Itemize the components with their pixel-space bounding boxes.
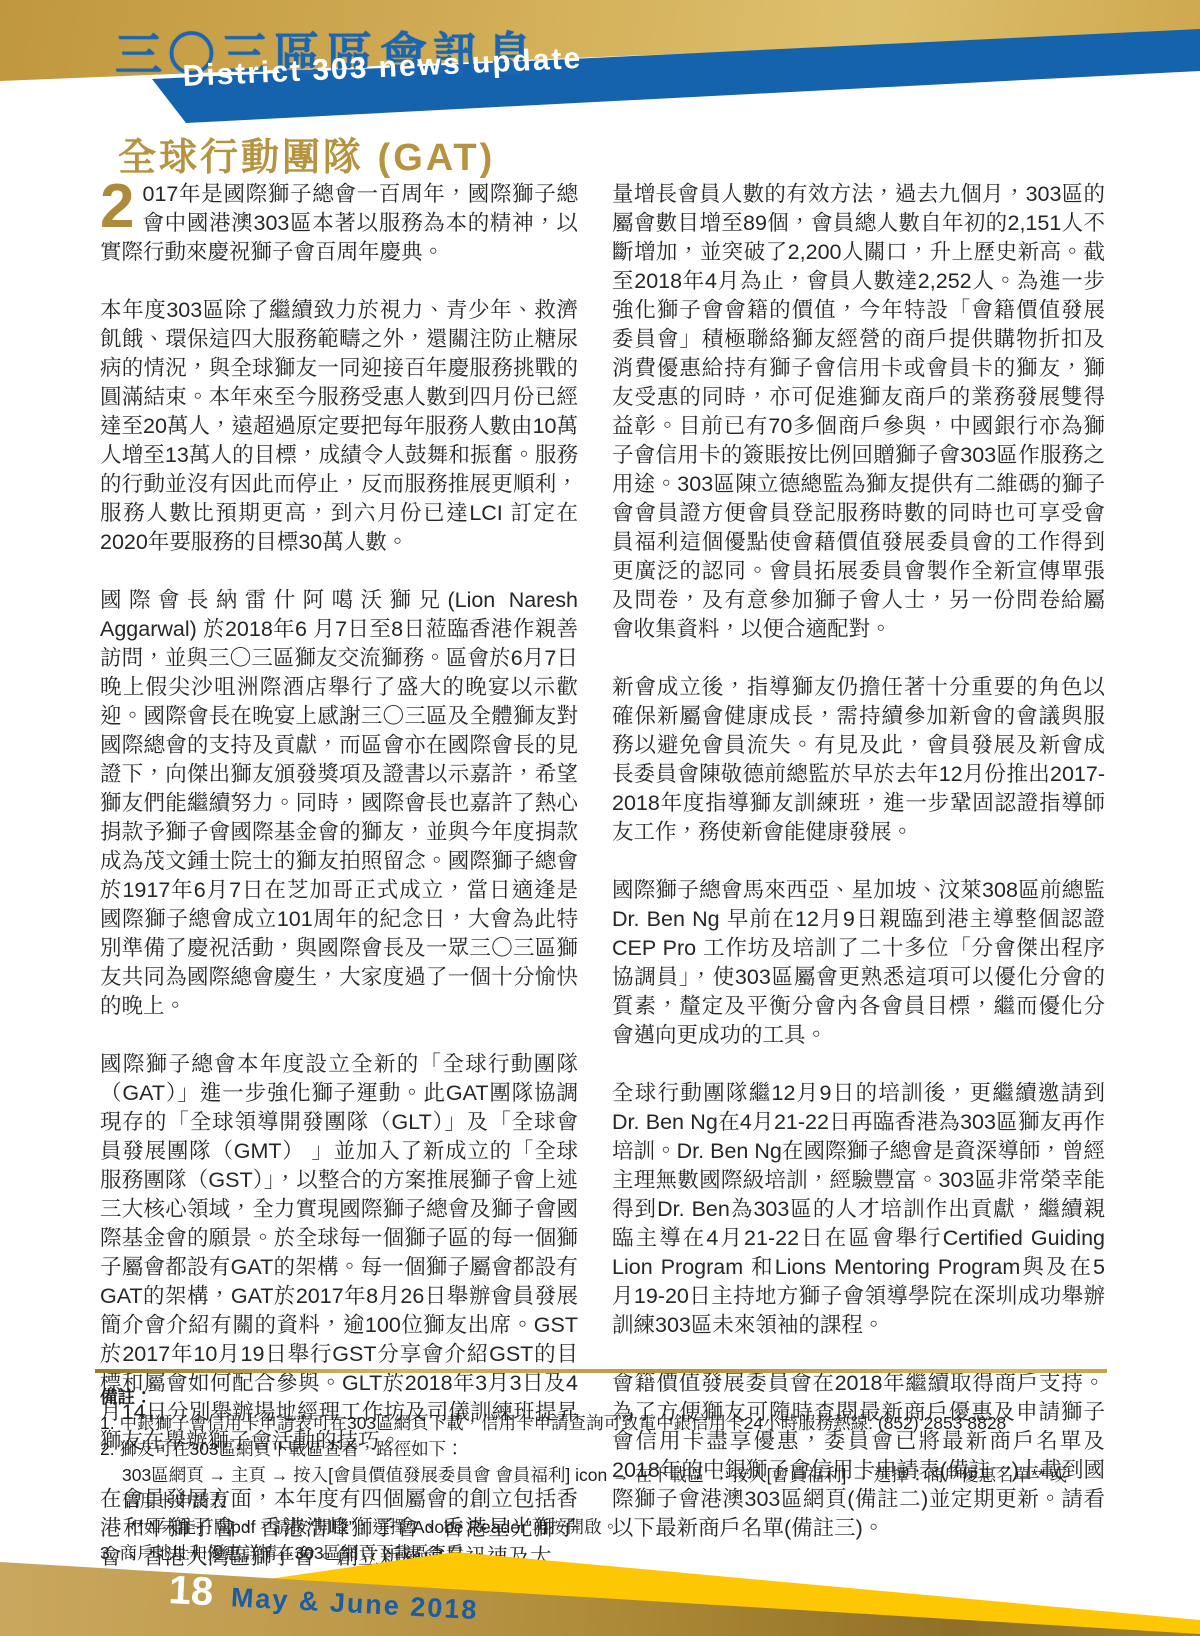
paragraph: 國際會長納雷什阿噶沃獅兄(Lion Naresh Aggarwal) 於2018… — [100, 586, 578, 1021]
paragraph: 量增長會員人數的有效方法，過去九個月，303區的屬會數目增至89個，會員總人數自… — [612, 180, 1105, 644]
notes-divider-rule — [95, 1369, 1107, 1373]
paragraph: 國際獅子總會馬來西亞、星加坡、汶萊308區前總監 Dr. Ben Ng 早前在1… — [612, 876, 1105, 1050]
drop-cap: 2 — [100, 180, 142, 232]
footer: 18 May & June 2018 — [0, 1500, 1200, 1636]
paragraph: 全球行動團隊繼12月9日的培訓後，更繼續邀請到 Dr. Ben Ng在4月21-… — [612, 1079, 1105, 1340]
newsletter-page: 三〇三區區會訊息 District 303 news update 全球行動團隊… — [0, 0, 1200, 1636]
note-line: 2. 獅友可在303區網頁下載區查看，路徑如下： — [100, 1436, 1120, 1462]
article-title: 全球行動團隊 (GAT) — [118, 126, 495, 181]
note-line: 303區網頁 → 主頁 → 按入[會員價值發展委員會 會員福利] icon → … — [122, 1462, 1120, 1488]
page-number: 18 — [168, 1568, 215, 1615]
paragraph-text: 017年是國際獅子總會一百周年，國際獅子總會中國港澳303區本著以服務為本的精神… — [100, 182, 578, 264]
paragraph: 新會成立後，指導獅友仍擔任著十分重要的角色以確保新屬會健康成長，需持續參加新會的… — [612, 673, 1105, 847]
paragraph: 2017年是國際獅子總會一百周年，國際獅子總會中國港澳303區本著以服務為本的精… — [100, 180, 578, 267]
paragraph: 本年度303區除了繼續致力於視力、青少年、救濟飢餓、環保這四大服務範疇之外，還關… — [100, 296, 578, 557]
notes-label: 備註： — [100, 1384, 1120, 1410]
right-column: 量增長會員人數的有效方法，過去九個月，303區的屬會數目增至89個，會員總人數自… — [612, 180, 1105, 1572]
note-line: 1. 中銀獅子會信用卡申請表可在303區網頁下載，信用卡申請查詢可致電中銀信用卡… — [100, 1410, 1120, 1436]
